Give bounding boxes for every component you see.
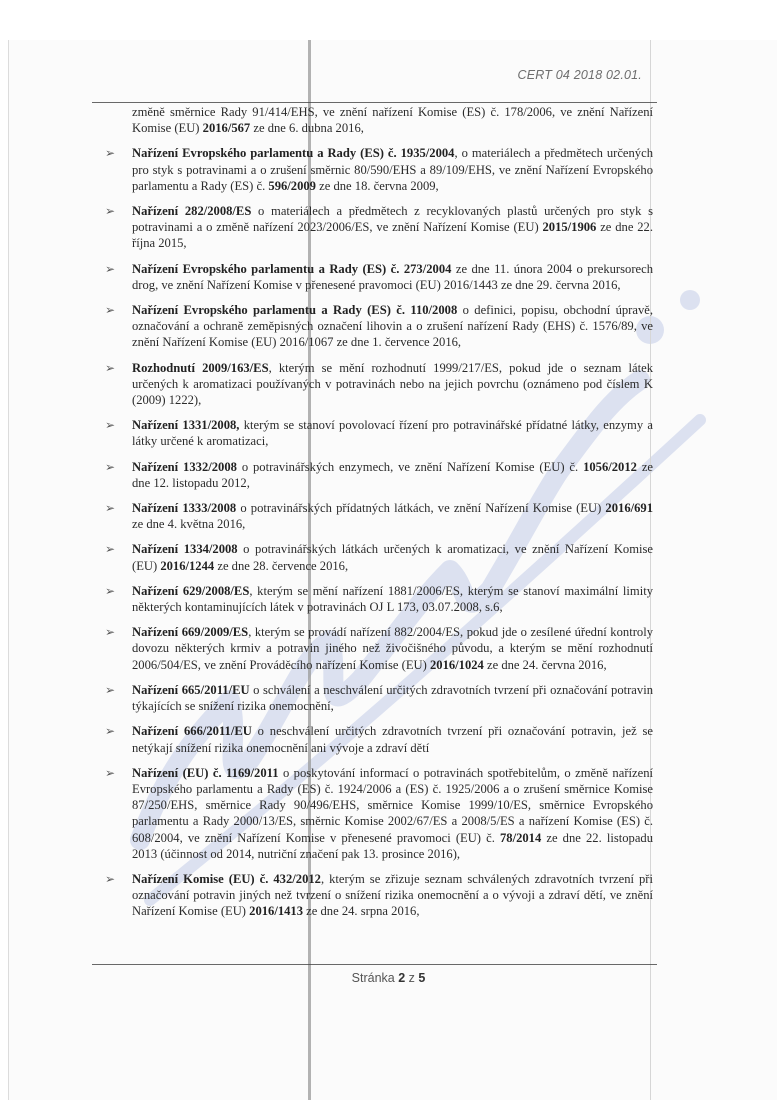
regulation-item: ➢Nařízení 629/2008/ES, kterým se mění na… <box>105 583 653 615</box>
arrow-bullet-icon: ➢ <box>105 417 115 433</box>
regulation-item: ➢Nařízení Komise (EU) č. 432/2012, který… <box>105 871 653 920</box>
footer-rule <box>92 964 657 965</box>
arrow-bullet-icon: ➢ <box>105 682 115 698</box>
page-total: 5 <box>418 971 425 985</box>
regulation-item: ➢Nařízení 1334/2008 o potravinářských lá… <box>105 541 653 573</box>
arrow-bullet-icon: ➢ <box>105 261 115 277</box>
regulation-item: ➢Nařízení Evropského parlamentu a Rady (… <box>105 261 653 293</box>
arrow-bullet-icon: ➢ <box>105 500 115 516</box>
regulation-item: ➢Nařízení 1331/2008, kterým se stanoví p… <box>105 417 653 449</box>
arrow-bullet-icon: ➢ <box>105 723 115 739</box>
page-current: 2 <box>398 971 405 985</box>
arrow-bullet-icon: ➢ <box>105 203 115 219</box>
regulation-item: ➢Nařízení 665/2011/EU o schválení a nesc… <box>105 682 653 714</box>
regulation-item: ➢Nařízení 1332/2008 o potravinářských en… <box>105 459 653 491</box>
arrow-bullet-icon: ➢ <box>105 145 115 161</box>
document-reference: CERT 04 2018 02.01. <box>518 68 643 82</box>
regulation-items: ➢Nařízení Evropského parlamentu a Rady (… <box>105 145 653 919</box>
arrow-bullet-icon: ➢ <box>105 459 115 475</box>
regulation-item: ➢Nařízení (EU) č. 1169/2011 o poskytován… <box>105 765 653 862</box>
arrow-bullet-icon: ➢ <box>105 583 115 599</box>
arrow-bullet-icon: ➢ <box>105 624 115 640</box>
arrow-bullet-icon: ➢ <box>105 302 115 318</box>
arrow-bullet-icon: ➢ <box>105 765 115 781</box>
regulation-item: ➢Nařízení 1333/2008 o potravinářských př… <box>105 500 653 532</box>
header-rule <box>92 102 657 103</box>
regulation-item: ➢Nařízení Evropského parlamentu a Rady (… <box>105 145 653 194</box>
regulation-item: ➢Rozhodnutí 2009/163/ES, kterým se mění … <box>105 360 653 409</box>
regulation-item: ➢Nařízení 669/2009/ES, kterým se provádí… <box>105 624 653 673</box>
regulation-list: změně směrnice Rady 91/414/EHS, ve znění… <box>105 104 653 929</box>
page-number: Stránka 2 z 5 <box>0 971 777 985</box>
continued-paragraph: změně směrnice Rady 91/414/EHS, ve znění… <box>132 104 653 136</box>
page-sep: z <box>409 971 415 985</box>
arrow-bullet-icon: ➢ <box>105 871 115 887</box>
regulation-item: ➢Nařízení Evropského parlamentu a Rady (… <box>105 302 653 351</box>
arrow-bullet-icon: ➢ <box>105 541 115 557</box>
page-label: Stránka <box>352 971 395 985</box>
arrow-bullet-icon: ➢ <box>105 360 115 376</box>
regulation-item: ➢Nařízení 666/2011/EU o neschválení urči… <box>105 723 653 755</box>
regulation-item: ➢Nařízení 282/2008/ES o materiálech a př… <box>105 203 653 252</box>
